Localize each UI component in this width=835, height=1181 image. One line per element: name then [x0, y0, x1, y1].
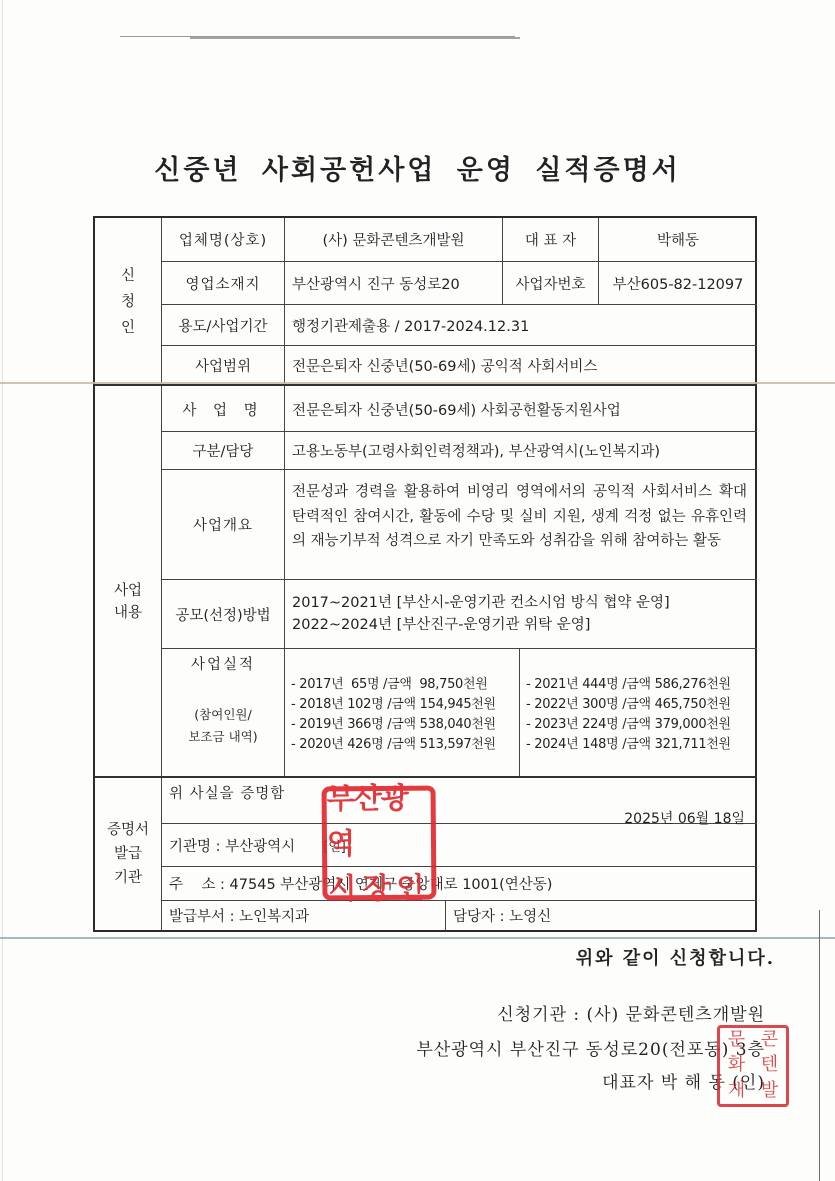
seal-char: 화: [720, 1053, 753, 1078]
contact-row: 담당자 : 노영신: [446, 901, 757, 930]
performance-list-right: - 2021년 444명 /금액 586,276천원 - 2022년 300명 …: [520, 649, 755, 776]
agency-name: 기관명 : 부산광역시: [169, 835, 295, 856]
performance-item: - 2023년 224명 /금액 379,000천원: [526, 715, 731, 735]
fold-line: [0, 937, 835, 939]
performance-item: - 2018년 102명 /금액 154,945천원: [291, 695, 496, 715]
performance-item: - 2020년 426명 /금액 513,597천원: [291, 735, 496, 755]
seal-char: 개: [720, 1079, 753, 1104]
stamp-text: 시장인: [328, 865, 430, 911]
performance-label: 사업실적 (참여인원/ 보조금 내역): [162, 649, 284, 776]
organization-seal: 문 콘 화 텐 개 발: [717, 1025, 789, 1107]
business-number-value: 부산605-82-12097: [599, 262, 757, 304]
representative-value: 박해동: [599, 218, 757, 261]
performance-item: - 2021년 444명 /금액 586,276천원: [526, 675, 731, 695]
applicant-organization: 신청기관 : (사) 문화콘텐츠개발원: [497, 1000, 765, 1025]
representative-label: 대 표 자: [503, 218, 598, 261]
method-line: 2017~2021년 [부산시-운영기관 컨소시엄 방식 협약 운영]: [292, 592, 670, 614]
certify-statement: 위 사실을 증명함: [169, 782, 285, 803]
applicant-address: 부산광역시 부산진구 동성로20(전포동) 3층: [416, 1035, 765, 1060]
address-row: 주 소 : 47545 부산광역시 연제구 중앙대로 1001(연산동): [162, 867, 757, 900]
scan-edge-right: [819, 910, 820, 1181]
seal-char: 발: [753, 1079, 786, 1104]
division-label: 구분/담당: [162, 432, 284, 469]
sublabel-line: (참여인원/: [194, 707, 251, 722]
overview-label: 사업개요: [162, 470, 284, 579]
performance-sublabel: (참여인원/ 보조금 내역): [188, 704, 257, 748]
business-name-label: 사 업 명: [162, 387, 284, 431]
overview-value: 전문성과 경력을 활용하여 비영리 영역에서의 공익적 사회서비스 확대 탄력적…: [285, 470, 755, 579]
scope-label: 사업범위: [162, 346, 284, 384]
performance-title: 사업실적: [191, 653, 255, 674]
performance-list-left: - 2017년 65명 /금액 98,750천원 - 2018년 102명 /금…: [285, 649, 519, 776]
purpose-value: 행정기관제출용 / 2017-2024.12.31: [285, 305, 755, 345]
division-value: 고용노동부(고령사회인력정책과), 부산광역시(노인복지과): [285, 432, 755, 469]
section-char: 인: [121, 315, 135, 341]
performance-item: - 2019년 366명 /금액 538,040천원: [291, 715, 496, 735]
performance-item: - 2022년 300명 /금액 465,750천원: [526, 695, 731, 715]
certify-row: 위 사실을 증명함 2025년 06월 18일: [162, 778, 757, 823]
company-name-label: 업체명(상호): [162, 218, 284, 261]
apply-statement: 위와 같이 신청합니다.: [576, 944, 775, 970]
sublabel-line: 보조금 내역): [188, 729, 257, 744]
busan-mayor-stamp: 부산광역 시장인: [322, 786, 437, 901]
agency-row: 기관명 : 부산광역시 [인]: [162, 824, 757, 866]
stamp-text: 부산광역: [326, 775, 431, 866]
document-title: 신중년 사회공헌사업 운영 실적증명서: [0, 148, 835, 187]
fold-line: [0, 382, 835, 384]
performance-item: - 2024년 148명 /금액 321,711천원: [526, 735, 731, 755]
section-text: 증명서: [107, 818, 149, 842]
performance-item: - 2017년 65명 /금액 98,750천원: [291, 675, 488, 695]
seal-char: 텐: [753, 1053, 786, 1078]
seal-char: 콘: [753, 1028, 786, 1053]
seal-char: 문: [720, 1028, 753, 1053]
section-line: [95, 384, 757, 386]
section-char: 청: [121, 289, 135, 315]
method-value: 2017~2021년 [부산시-운영기관 컨소시엄 방식 협약 운영] 2022…: [285, 580, 755, 648]
section-char: 신: [121, 263, 135, 289]
location-value: 부산광역시 진구 동성로20: [285, 262, 502, 304]
purpose-label: 용도/사업기간: [162, 305, 284, 345]
section-text: 기관: [114, 866, 142, 890]
applicant-section-label: 신 청 인: [95, 218, 161, 386]
business-number-label: 사업자번호: [503, 262, 598, 304]
method-label: 공모(선정)방법: [162, 580, 284, 648]
company-name-value: (사) 문화콘텐츠개발원: [285, 218, 502, 261]
business-name-value: 전문은퇴자 신중년(50-69세) 사회공헌활동지원사업: [285, 387, 755, 431]
issuer-section-label: 증명서 발급 기관: [95, 778, 161, 930]
section-text: 발급: [114, 842, 142, 866]
scan-line: [190, 37, 520, 39]
scope-value: 전문은퇴자 신중년(50-69세) 공익적 사회서비스: [285, 346, 755, 384]
location-label: 영업소재지: [162, 262, 284, 304]
section-text: 사업: [114, 580, 142, 602]
method-line: 2022~2024년 [부산진구-운영기관 위탁 운영]: [292, 614, 590, 636]
business-section-label: 사업 내용: [95, 386, 161, 778]
section-text: 내용: [114, 602, 142, 624]
